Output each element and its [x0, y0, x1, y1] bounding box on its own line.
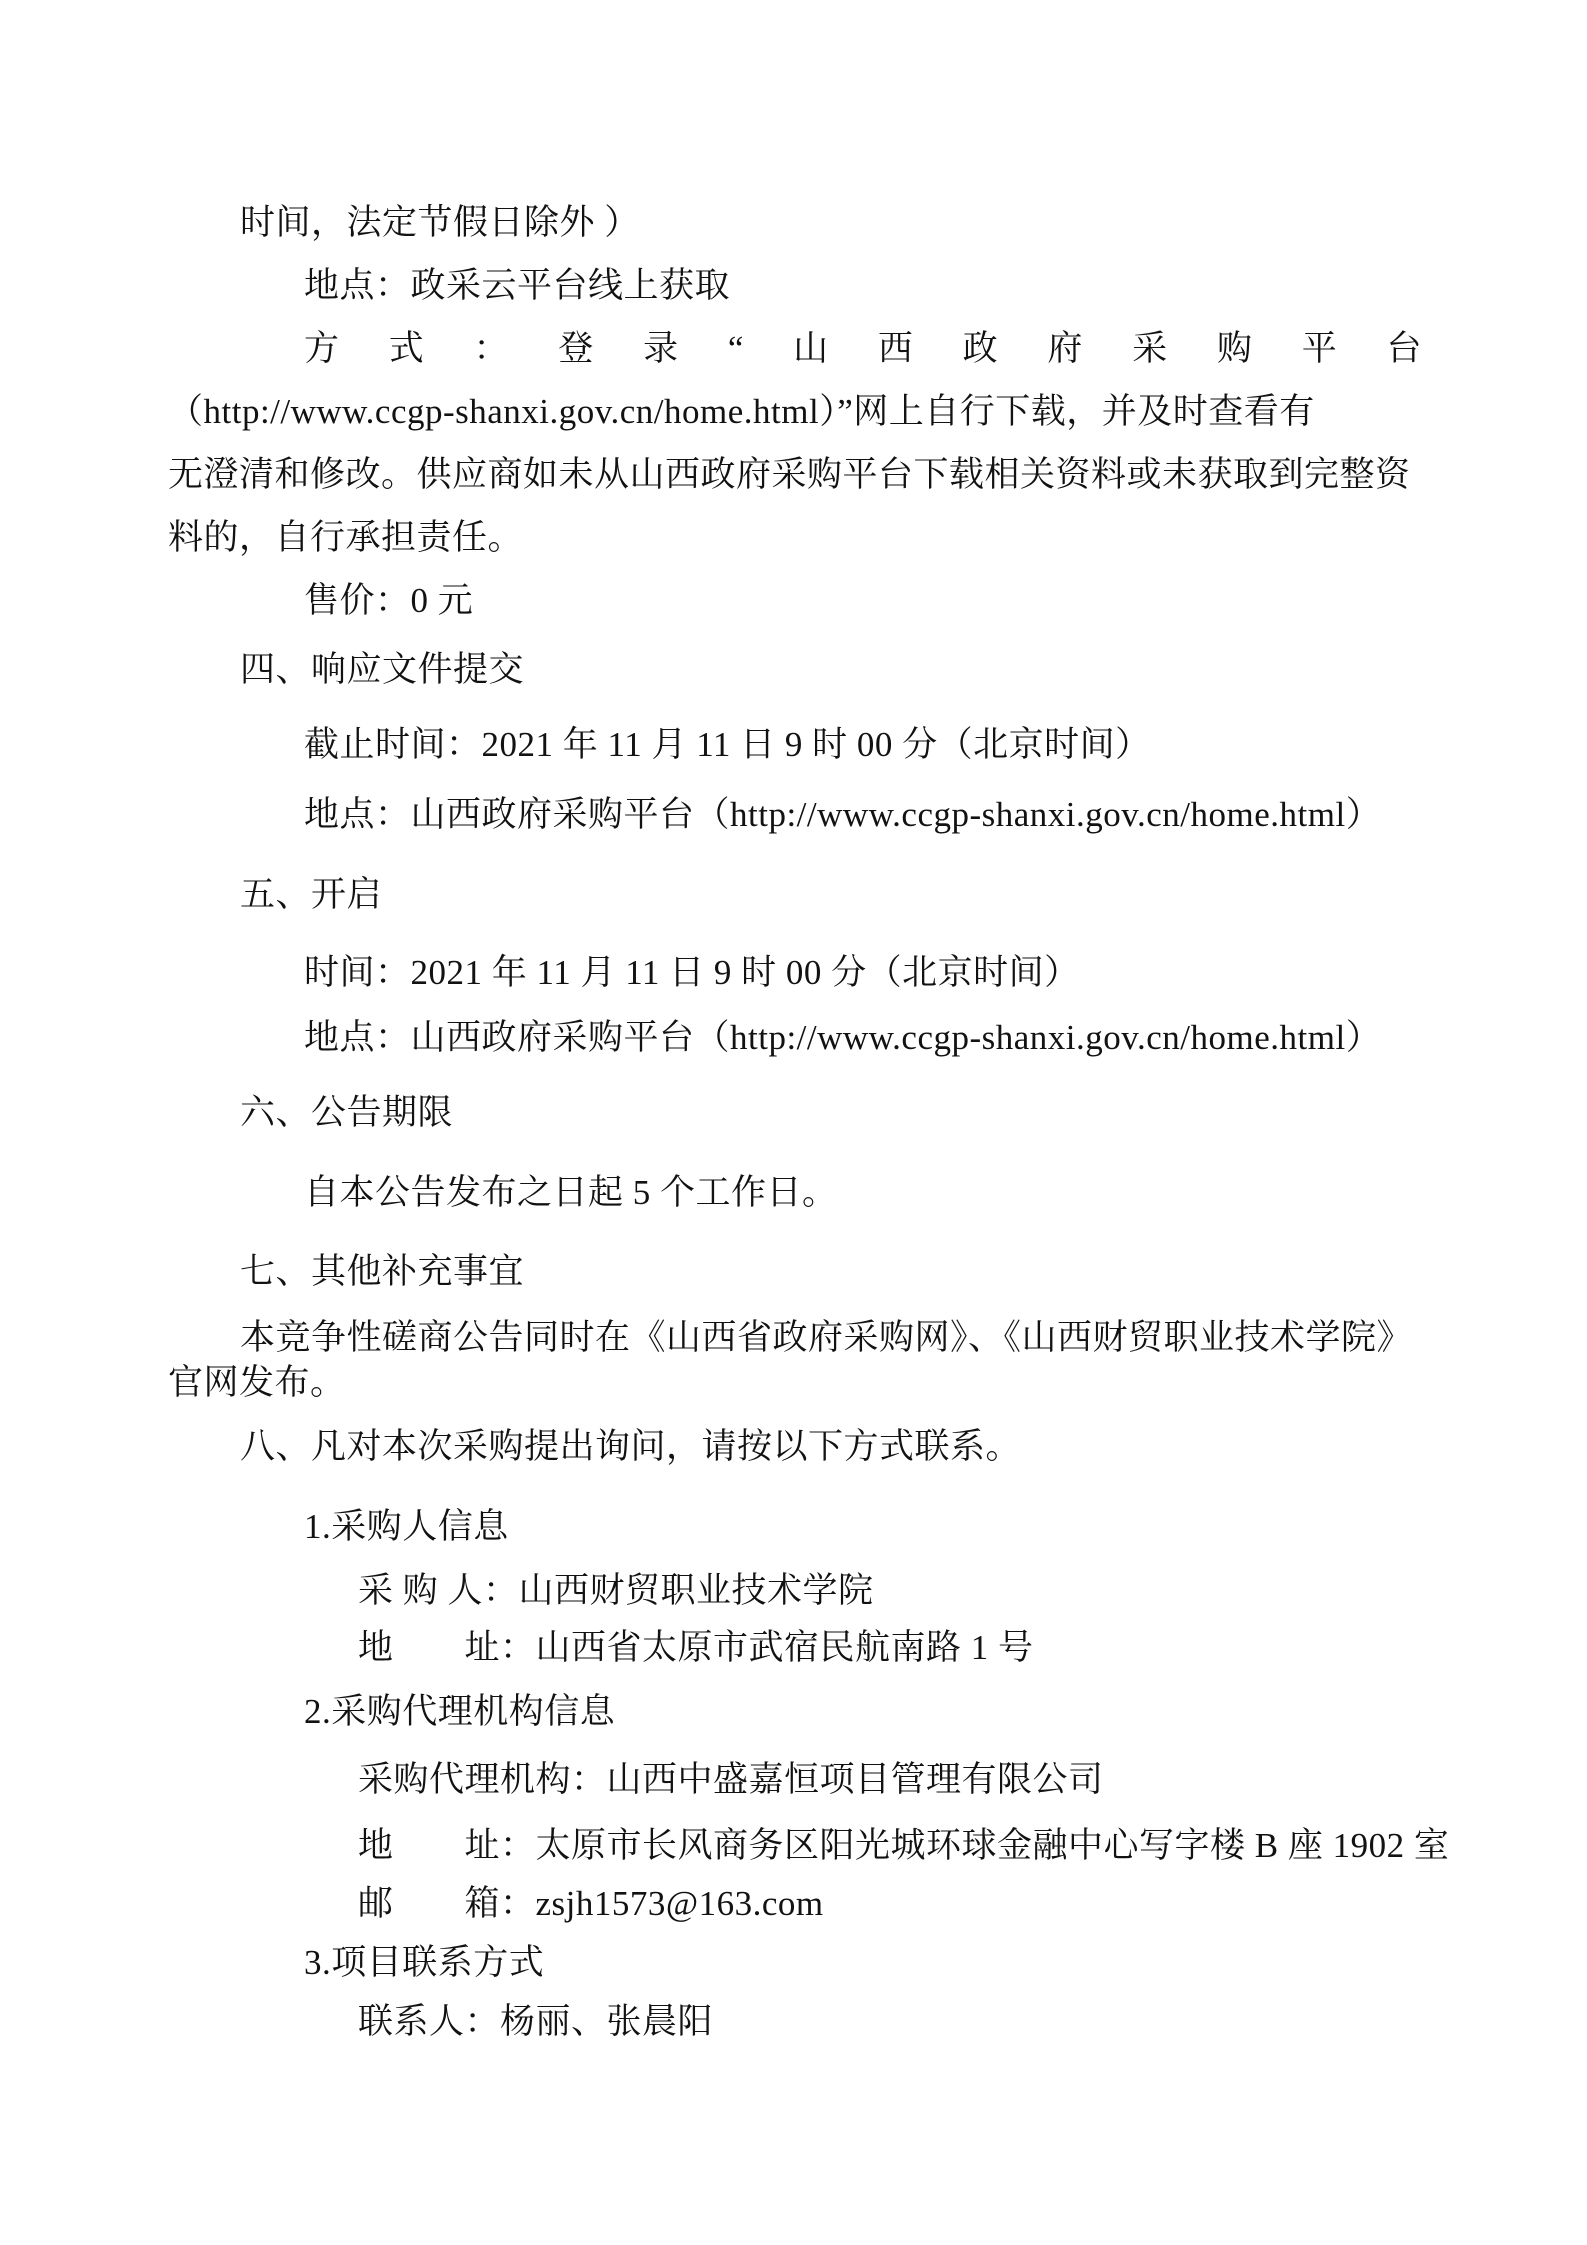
- supplement-text-line-1: 本竞争性磋商公告同时在《山西省政府采购网》、《山西财贸职业技术学院》: [240, 1307, 1412, 1369]
- opening-time-line: 时间：2021 年 11 月 11 日 9 时 00 分（北京时间）: [304, 942, 1080, 1004]
- section-7-heading: 七、其他补充事宜: [240, 1241, 524, 1303]
- document-page: 时间，法定节假日除外 ） 地点：政采云平台线上获取 方式：登录“山西政府采购平台…: [0, 0, 1587, 2245]
- contact-person-line: 联系人：杨丽、张晨阳: [358, 1991, 713, 2053]
- obtain-method-text-line: 无澄清和修改。供应商如未从山西政府采购平台下载相关资料或未获取到完整资: [168, 444, 1411, 506]
- project-contact-heading: 3.项目联系方式: [304, 1932, 544, 1994]
- supplement-text-line-2: 官网发布。: [168, 1352, 346, 1414]
- continued-text-line: 时间，法定节假日除外 ）: [240, 192, 640, 254]
- buyer-name-line: 采 购 人：山西财贸职业技术学院: [358, 1560, 874, 1622]
- obtain-method-url-line: （http://www.ccgp-shanxi.gov.cn/home.html…: [168, 381, 1315, 443]
- agency-info-heading: 2.采购代理机构信息: [304, 1681, 615, 1743]
- agency-email-line: 邮 箱：zsjh1573@163.com: [358, 1873, 824, 1935]
- opening-location-line: 地点：山西政府采购平台（http://www.ccgp-shanxi.gov.c…: [304, 1007, 1381, 1069]
- submission-deadline-line: 截止时间：2021 年 11 月 11 日 9 时 00 分（北京时间）: [304, 714, 1151, 776]
- announcement-period-line: 自本公告发布之日起 5 个工作日。: [304, 1162, 838, 1224]
- submission-location-line: 地点：山西政府采购平台（http://www.ccgp-shanxi.gov.c…: [304, 784, 1381, 846]
- obtain-location-line: 地点：政采云平台线上获取: [304, 255, 730, 317]
- section-4-heading: 四、响应文件提交: [240, 639, 524, 701]
- obtain-method-end-line: 料的，自行承担责任。: [168, 507, 523, 569]
- agency-address-line: 地 址：太原市长风商务区阳光城环球金融中心写字楼 B 座 1902 室: [358, 1815, 1449, 1877]
- section-8-heading: 八、凡对本次采购提出询问，请按以下方式联系。: [240, 1416, 1021, 1478]
- buyer-info-heading: 1.采购人信息: [304, 1496, 509, 1558]
- section-5-heading: 五、开启: [240, 864, 382, 926]
- section-6-heading: 六、公告期限: [240, 1082, 453, 1144]
- agency-name-line: 采购代理机构：山西中盛嘉恒项目管理有限公司: [358, 1749, 1104, 1811]
- obtain-method-spread-line: 方式：登录“山西政府采购平台: [304, 318, 1422, 380]
- price-line: 售价：0 元: [304, 570, 473, 632]
- buyer-address-line: 地 址：山西省太原市武宿民航南路 1 号: [358, 1617, 1034, 1679]
